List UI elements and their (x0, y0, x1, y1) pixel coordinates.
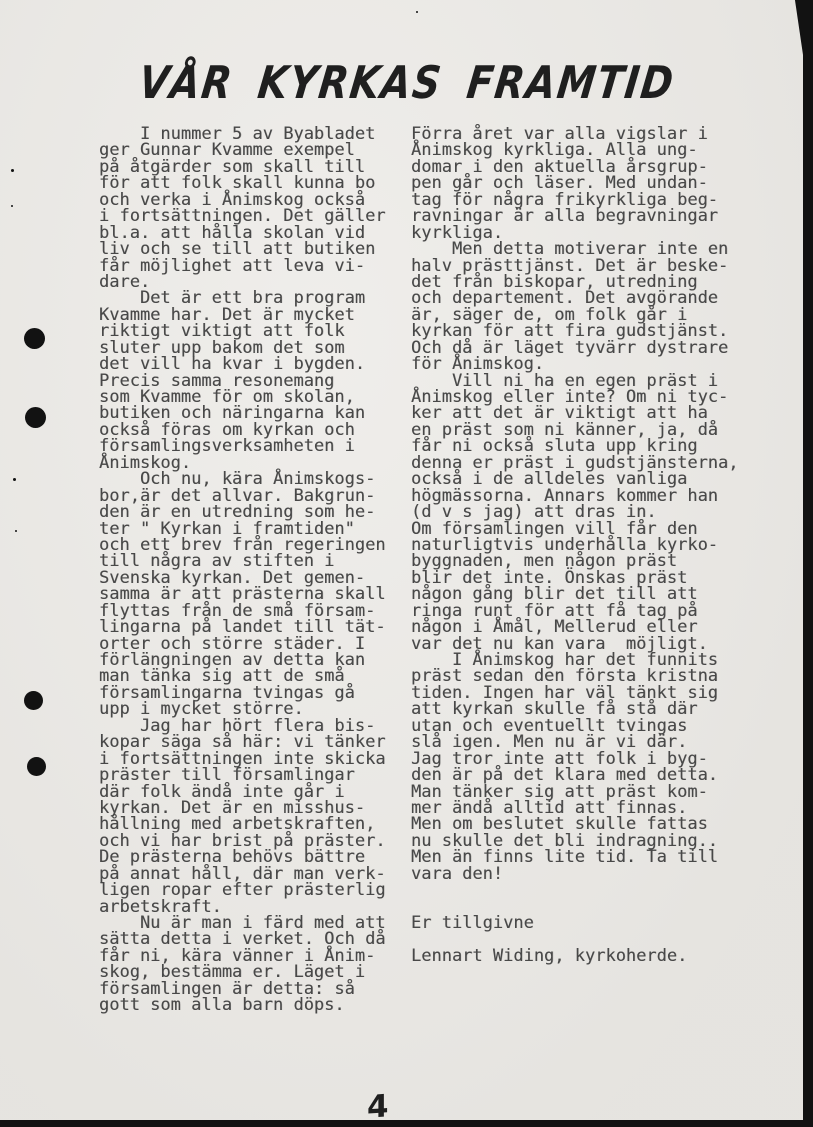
text-line (411, 882, 751, 898)
scanned-newsletter-page: VÅR KYRKAS FRAMTID I nummer 5 av Byablad… (0, 0, 813, 1127)
scan-top-right-corner-shadow (791, 0, 813, 60)
ink-dot (416, 11, 418, 13)
ink-dot (24, 328, 45, 349)
left-text-column: I nummer 5 av Byabladetger Gunnar Kvamme… (99, 126, 405, 1014)
ink-dot (11, 205, 13, 207)
text-line: gott som alla barn döps. (99, 997, 405, 1013)
scan-right-edge-shadow (803, 0, 813, 1127)
ink-dot (25, 407, 46, 428)
ink-dot (11, 169, 14, 172)
scan-bottom-edge-shadow (0, 1120, 813, 1127)
text-line: Lennart Widing, kyrkoherde. (411, 948, 751, 964)
ink-dot (13, 478, 16, 481)
text-line: vara den! (411, 866, 751, 882)
ink-dot (15, 530, 17, 532)
text-line: Er tillgivne (411, 915, 751, 931)
ink-dot (24, 691, 43, 710)
page-title: VÅR KYRKAS FRAMTID (136, 56, 678, 109)
ink-dot (27, 757, 46, 776)
right-text-column: Förra året var alla vigslar iÅnimskog ky… (411, 126, 751, 964)
